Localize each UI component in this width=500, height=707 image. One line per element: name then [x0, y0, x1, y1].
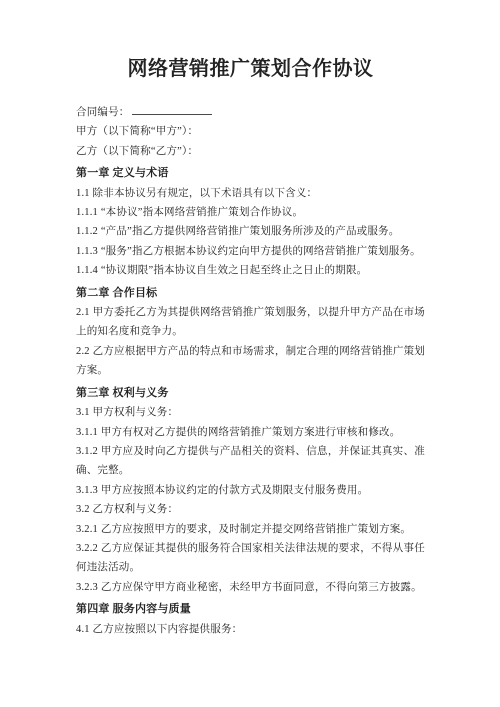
clause-paragraph: 3.2.1 乙方应按照甲方的要求，及时制定并提交网络营销推广策划方案。: [76, 520, 425, 539]
contract-number-blank: [132, 104, 212, 115]
contract-number-label: 合同编号：: [76, 107, 130, 118]
chapter-heading: 第一章 定义与术语: [76, 164, 425, 183]
clause-paragraph: 2.1 甲方委托乙方为其提供网络营销推广策划服务，以提升甲方产品在市场上的知名度…: [76, 303, 425, 342]
chapter-heading: 第二章 合作目标: [76, 284, 425, 303]
clause-paragraph: 3.2 乙方权利与义务：: [76, 500, 425, 519]
clause-paragraph: 1.1.1 “本协议”指本网络营销推广策划合作协议。: [76, 203, 425, 222]
clause-paragraph: 1.1.4 “协议期限”指本协议自生效之日起至终止之日止的期限。: [76, 261, 425, 280]
chapter-heading: 第四章 服务内容与质量: [76, 600, 425, 619]
clause-paragraph: 1.1.2 “产品”指乙方提供网络营销推广策划服务所涉及的产品或服务。: [76, 222, 425, 241]
document-page: 网络营销推广策划合作协议 合同编号：甲方（以下简称“甲方”）：乙方（以下简称“乙…: [0, 0, 500, 707]
clause-paragraph: 甲方（以下简称“甲方”）：: [76, 122, 425, 141]
clause-paragraph: 1.1.3 “服务”指乙方根据本协议约定向甲方提供的网络营销推广策划服务。: [76, 242, 425, 261]
clause-paragraph: 1.1 除非本协议另有规定，以下术语具有以下含义：: [76, 184, 425, 203]
contract-number-line: 合同编号：: [76, 103, 425, 122]
clause-paragraph: 2.2 乙方应根据甲方产品的特点和市场需求，制定合理的网络营销推广策划方案。: [76, 342, 425, 381]
clause-paragraph: 乙方（以下简称“乙方”）：: [76, 142, 425, 161]
clause-paragraph: 3.1.2 甲方应及时向乙方提供与产品相关的资料、信息，并保证其真实、准确、完整…: [76, 442, 425, 481]
chapter-heading: 第三章 权利与义务: [76, 384, 425, 403]
clause-paragraph: 3.1.1 甲方有权对乙方提供的网络营销推广策划方案进行审核和修改。: [76, 423, 425, 442]
clause-paragraph: 4.1 乙方应按照以下内容提供服务：: [76, 620, 425, 639]
clause-paragraph: 3.2.2 乙方应保证其提供的服务符合国家相关法律法规的要求，不得从事任何违法活…: [76, 539, 425, 578]
document-title: 网络营销推广策划合作协议: [76, 56, 425, 82]
clause-paragraph: 3.2.3 乙方应保守甲方商业秘密，未经甲方书面同意，不得向第三方披露。: [76, 578, 425, 597]
document-body: 合同编号：甲方（以下简称“甲方”）：乙方（以下简称“乙方”）：第一章 定义与术语…: [76, 103, 425, 639]
clause-paragraph: 3.1 甲方权利与义务：: [76, 403, 425, 422]
clause-paragraph: 3.1.3 甲方应按照本协议约定的付款方式及期限支付服务费用。: [76, 481, 425, 500]
